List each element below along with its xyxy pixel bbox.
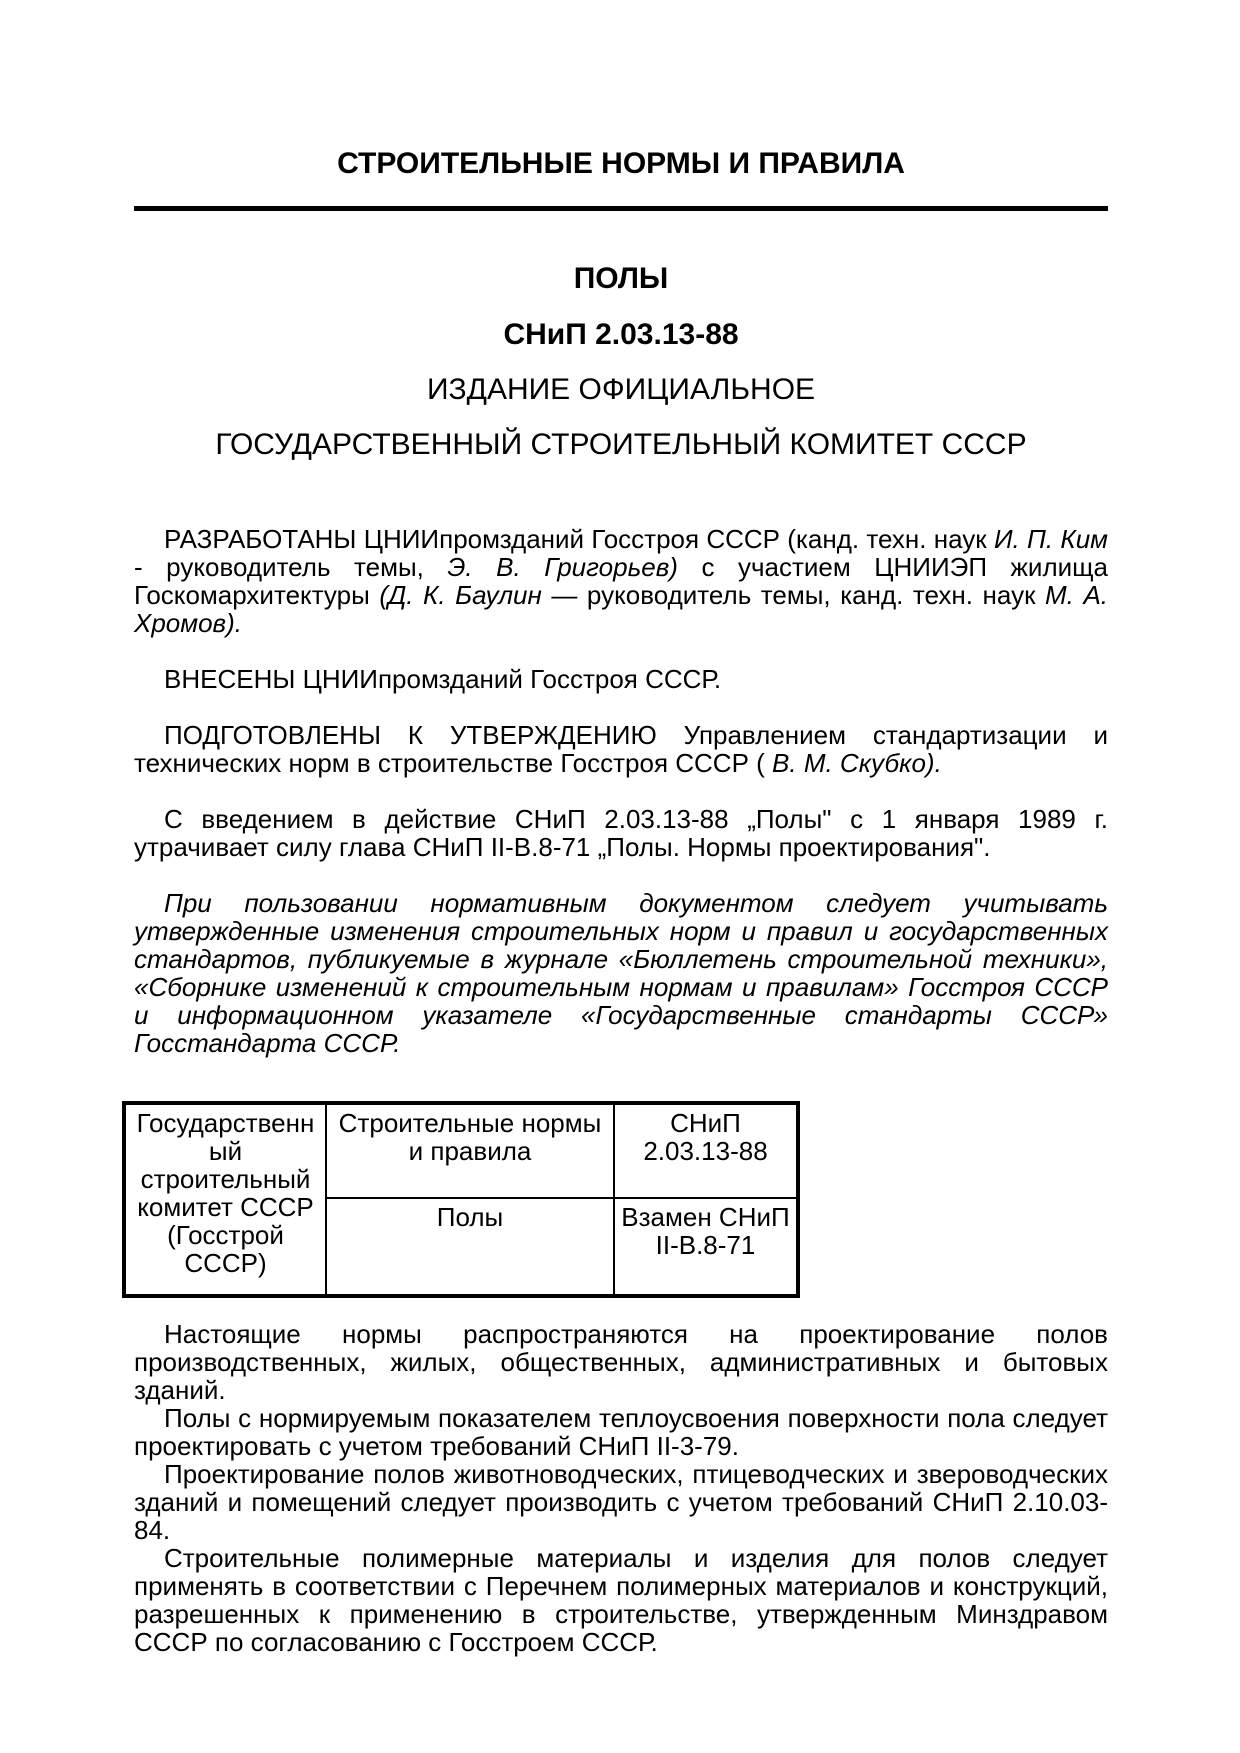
paragraph-polymer: Строительные полимерные материалы и изде… [134, 1544, 1108, 1656]
paragraph-submitted: ВНЕСЕНЫ ЦНИИпромзданий Госстроя СССР. [134, 665, 1108, 693]
table-cell-subject: Полы [326, 1198, 614, 1296]
table-cell-norms: Строительные нормы и правила [326, 1103, 614, 1198]
title-divider [134, 206, 1108, 211]
paragraph-prepared: ПОДГОТОВЛЕНЫ К УТВЕРЖДЕНИЮ Управлением с… [134, 721, 1108, 777]
table-cell-doc-number: СНиП 2.03.13-88 [614, 1103, 798, 1198]
info-table-row-1: Государственный строительный комитет ССС… [124, 1103, 798, 1198]
committee-line: ГОСУДАРСТВЕННЫЙ СТРОИТЕЛЬНЫЙ КОМИТЕТ ССС… [134, 427, 1108, 463]
category-title: СТРОИТЕЛЬНЫЕ НОРМЫ И ПРАВИЛА [134, 146, 1108, 182]
table-cell-committee: Государственный строительный комитет ССС… [124, 1103, 326, 1296]
doc-number: СНиП 2.03.13-88 [134, 317, 1108, 353]
document-page: СТРОИТЕЛЬНЫЕ НОРМЫ И ПРАВИЛА ПОЛЫ СНиП 2… [0, 0, 1240, 1753]
paragraph-thermal: Полы с нормируемым показателем теплоусво… [134, 1404, 1108, 1460]
document-content: СТРОИТЕЛЬНЫЕ НОРМЫ И ПРАВИЛА ПОЛЫ СНиП 2… [134, 0, 1108, 1656]
edition-line: ИЗДАНИЕ ОФИЦИАЛЬНОЕ [134, 372, 1108, 408]
paragraph-livestock: Проектирование полов животноводческих, п… [134, 1460, 1108, 1544]
doc-title: ПОЛЫ [134, 261, 1108, 297]
paragraph-enactment: С введением в действие СНиП 2.03.13-88 „… [134, 805, 1108, 861]
paragraph-developed: РАЗРАБОТАНЫ ЦНИИпромзданий Госстроя СССР… [134, 525, 1108, 637]
table-cell-replaces: Взамен СНиП II-В.8-71 [614, 1198, 798, 1296]
info-table: Государственный строительный комитет ССС… [122, 1101, 800, 1298]
paragraph-scope: Настоящие нормы распространяются на прое… [134, 1320, 1108, 1404]
paragraph-usage-note: При пользовании нормативным документом с… [134, 889, 1108, 1057]
